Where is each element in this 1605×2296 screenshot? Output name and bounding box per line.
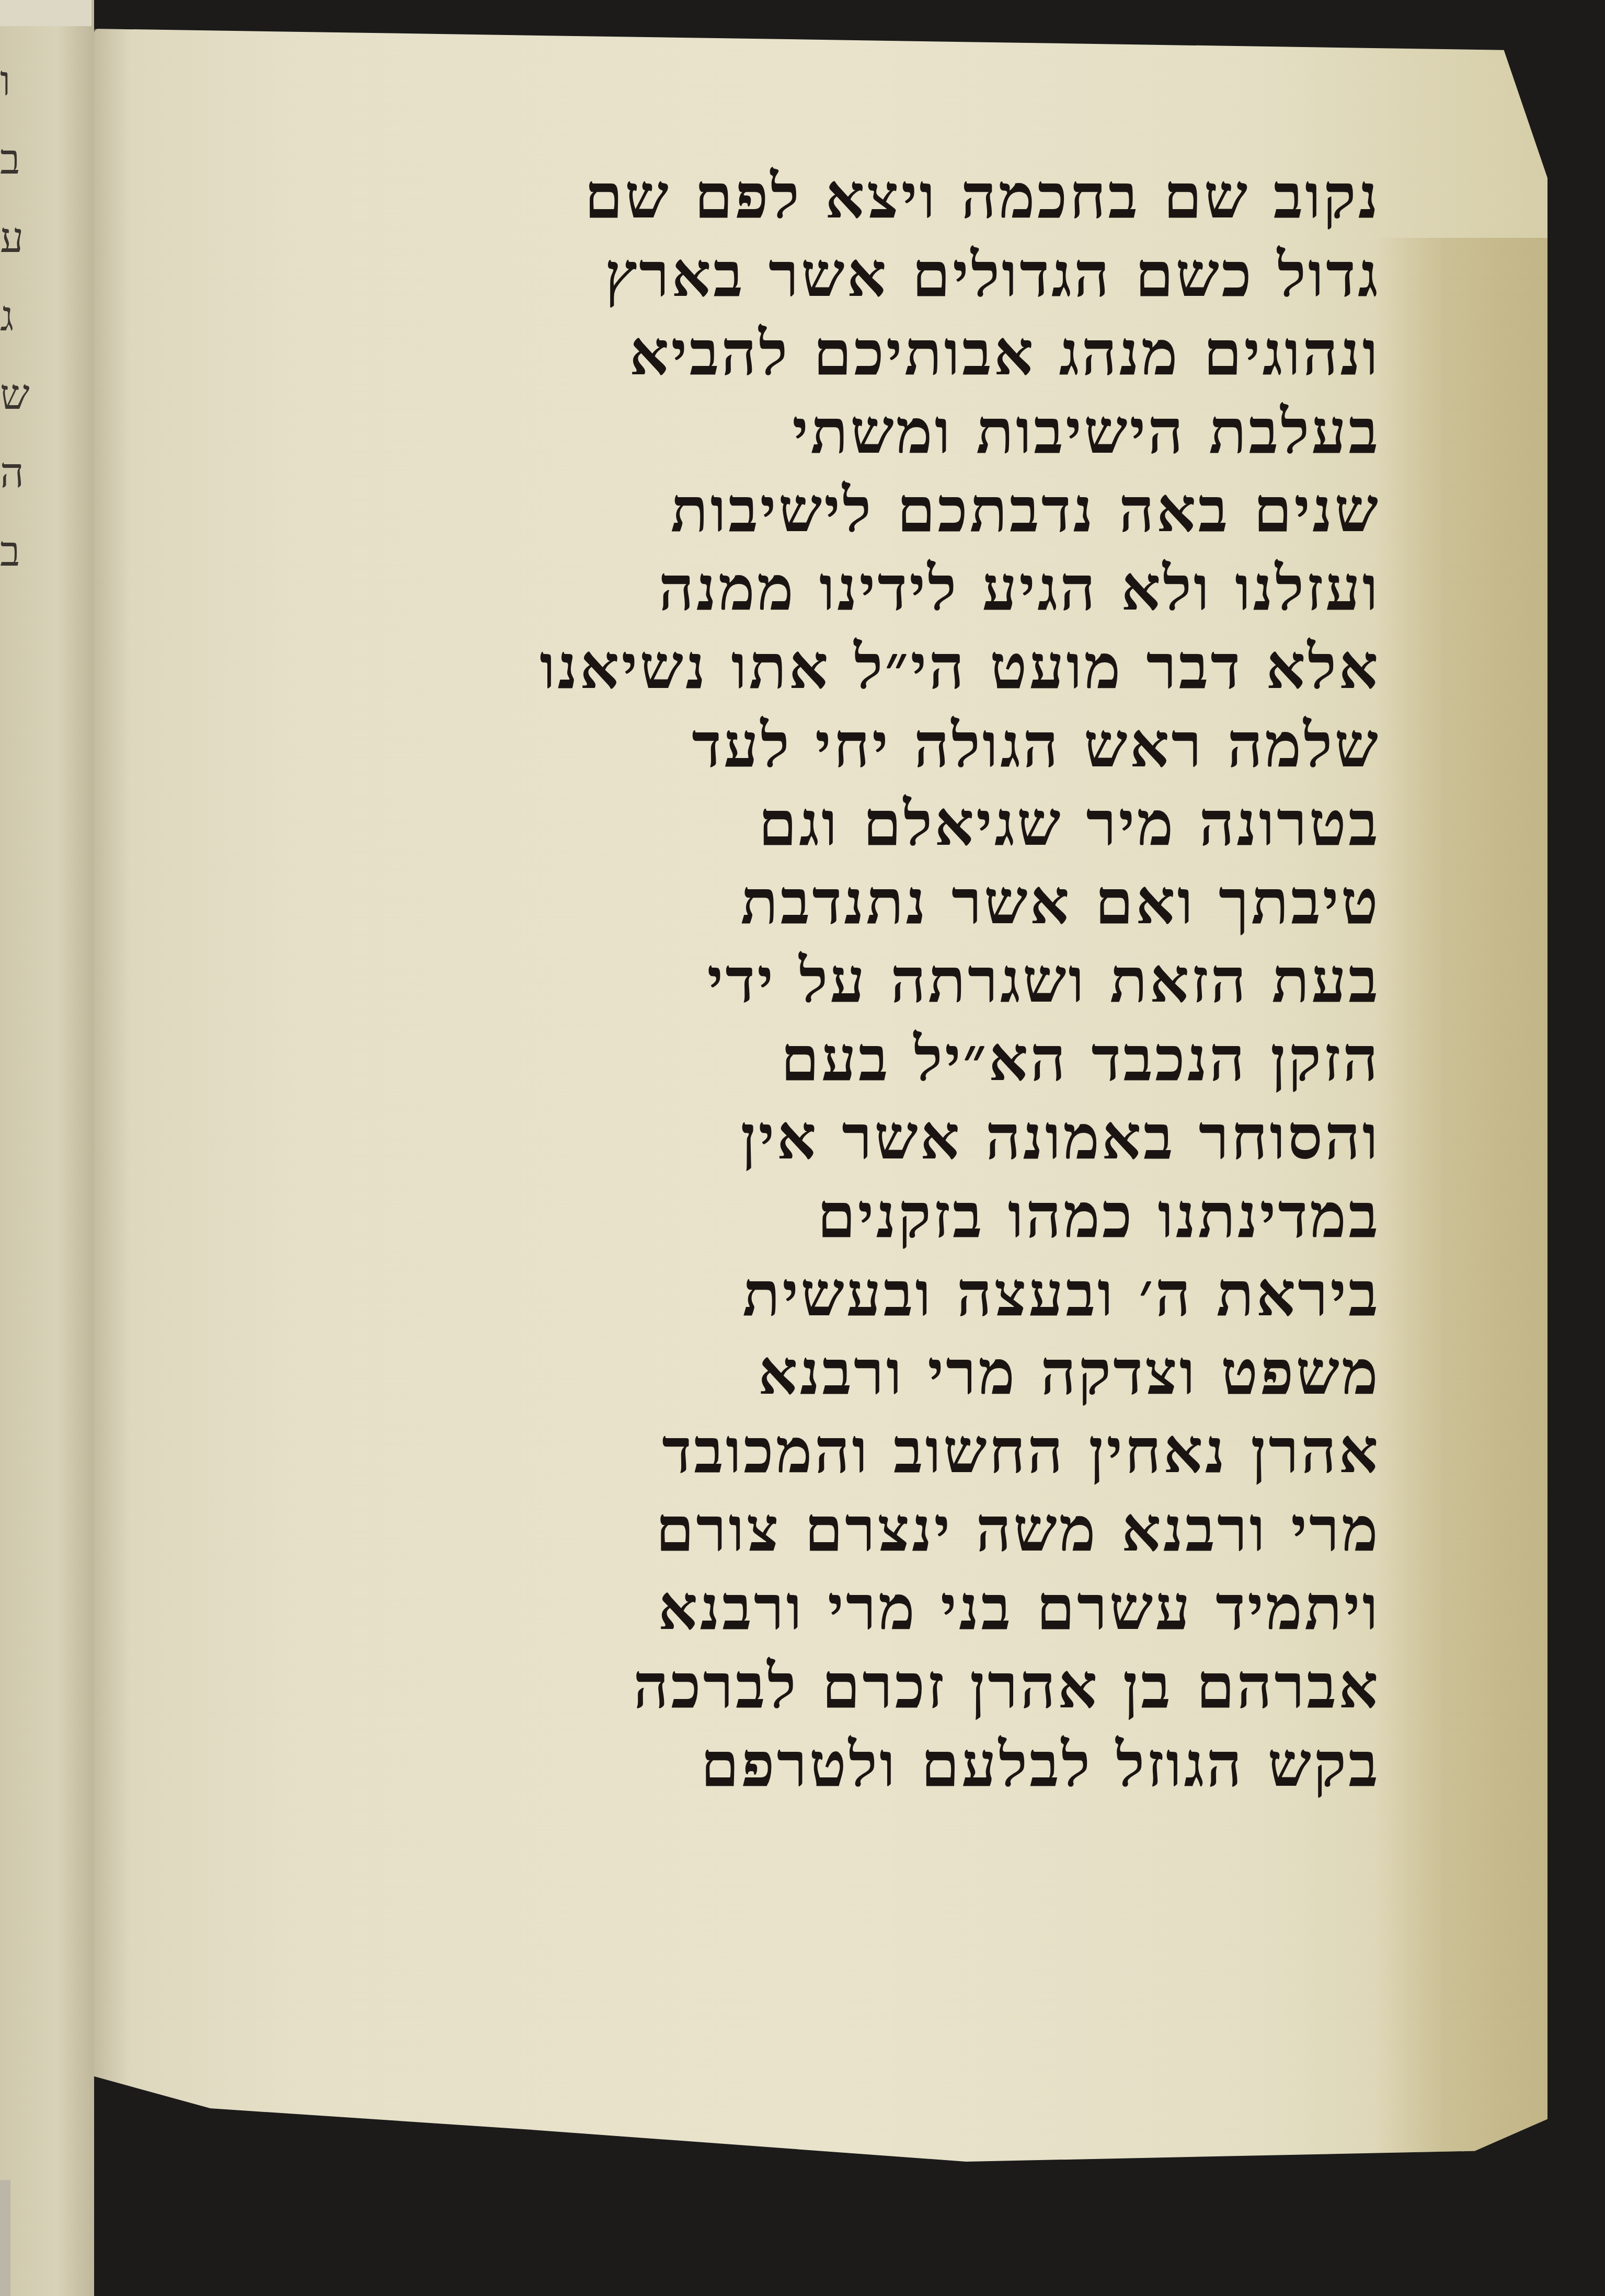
text-line: אלא דבר מועט הי״ל אתו נשיאנו: [178, 627, 1380, 706]
text-line: משפט וצדקה מרי ורבנא: [178, 1333, 1380, 1411]
text-line: ויתמיד עשרם בני מרי ורבנא: [178, 1568, 1380, 1647]
text-line: גדול כשם הגדולים אשר בארץ: [178, 235, 1380, 314]
previous-leaf-letter: ב: [0, 512, 31, 591]
previous-leaf-letter: ו: [0, 42, 31, 120]
text-line: נקוב שם בחכמה ויצא לפם שם: [178, 157, 1380, 235]
previous-leaf-text-fragment: ו ב ע ג ש ה ב: [0, 42, 31, 591]
leaf-gutter-shadow: [94, 29, 131, 2162]
text-line: אברהם בן אהרן זכרם לברכה: [178, 1647, 1380, 1725]
text-line: ועזלנו ולא הגיע לידינו ממנה: [178, 549, 1380, 627]
text-line: טיבתך ואם אשר נתנדבת: [178, 863, 1380, 941]
previous-leaf-letter: ע: [0, 199, 31, 277]
text-line: והסוחר באמונה אשר אין: [178, 1098, 1380, 1176]
previous-leaf-letter: ה: [0, 434, 31, 512]
text-line: בעלבת הישיבות ומשתי: [178, 392, 1380, 470]
previous-leaf-letter: ב: [0, 120, 31, 199]
text-line: שנים באה נדבתכם לישיבות: [178, 470, 1380, 549]
text-line: ונהוגים מנהג אבותיכם להביא: [178, 314, 1380, 392]
text-line: אהרן נאחין החשוב והמכובד: [178, 1411, 1380, 1490]
text-line: מרי ורבנא משה ינצרם צורם: [178, 1490, 1380, 1568]
text-line: הזקן הנכבד הא״יל בעם: [178, 1019, 1380, 1098]
previous-leaf-letter: ג: [0, 277, 31, 355]
previous-leaf-bottom-edge: [0, 2180, 10, 2296]
text-line: ביראת ה׳ ובעצה ובעשית: [178, 1255, 1380, 1333]
text-line: שלמה ראש הגולה יחי לעד: [178, 706, 1380, 784]
text-line: בקש הגוזל לבלעם ולטרפם: [178, 1725, 1380, 1804]
text-line: בעת הזאת ושגרתה על ידי: [178, 941, 1380, 1019]
leaf-edge-stain: [1375, 238, 1547, 2162]
previous-leaf: ו ב ע ג ש ה ב: [0, 0, 94, 2296]
previous-leaf-letter: ש: [0, 355, 31, 434]
previous-leaf-top-edge: [0, 0, 91, 26]
text-line: במדינתנו כמהו בזקנים: [178, 1176, 1380, 1255]
text-line: בטרונה מיר שגיאלם וגם: [178, 784, 1380, 863]
manuscript-text-block: נקוב שם בחכמה ויצא לפם שם גדול כשם הגדול…: [178, 157, 1380, 1804]
